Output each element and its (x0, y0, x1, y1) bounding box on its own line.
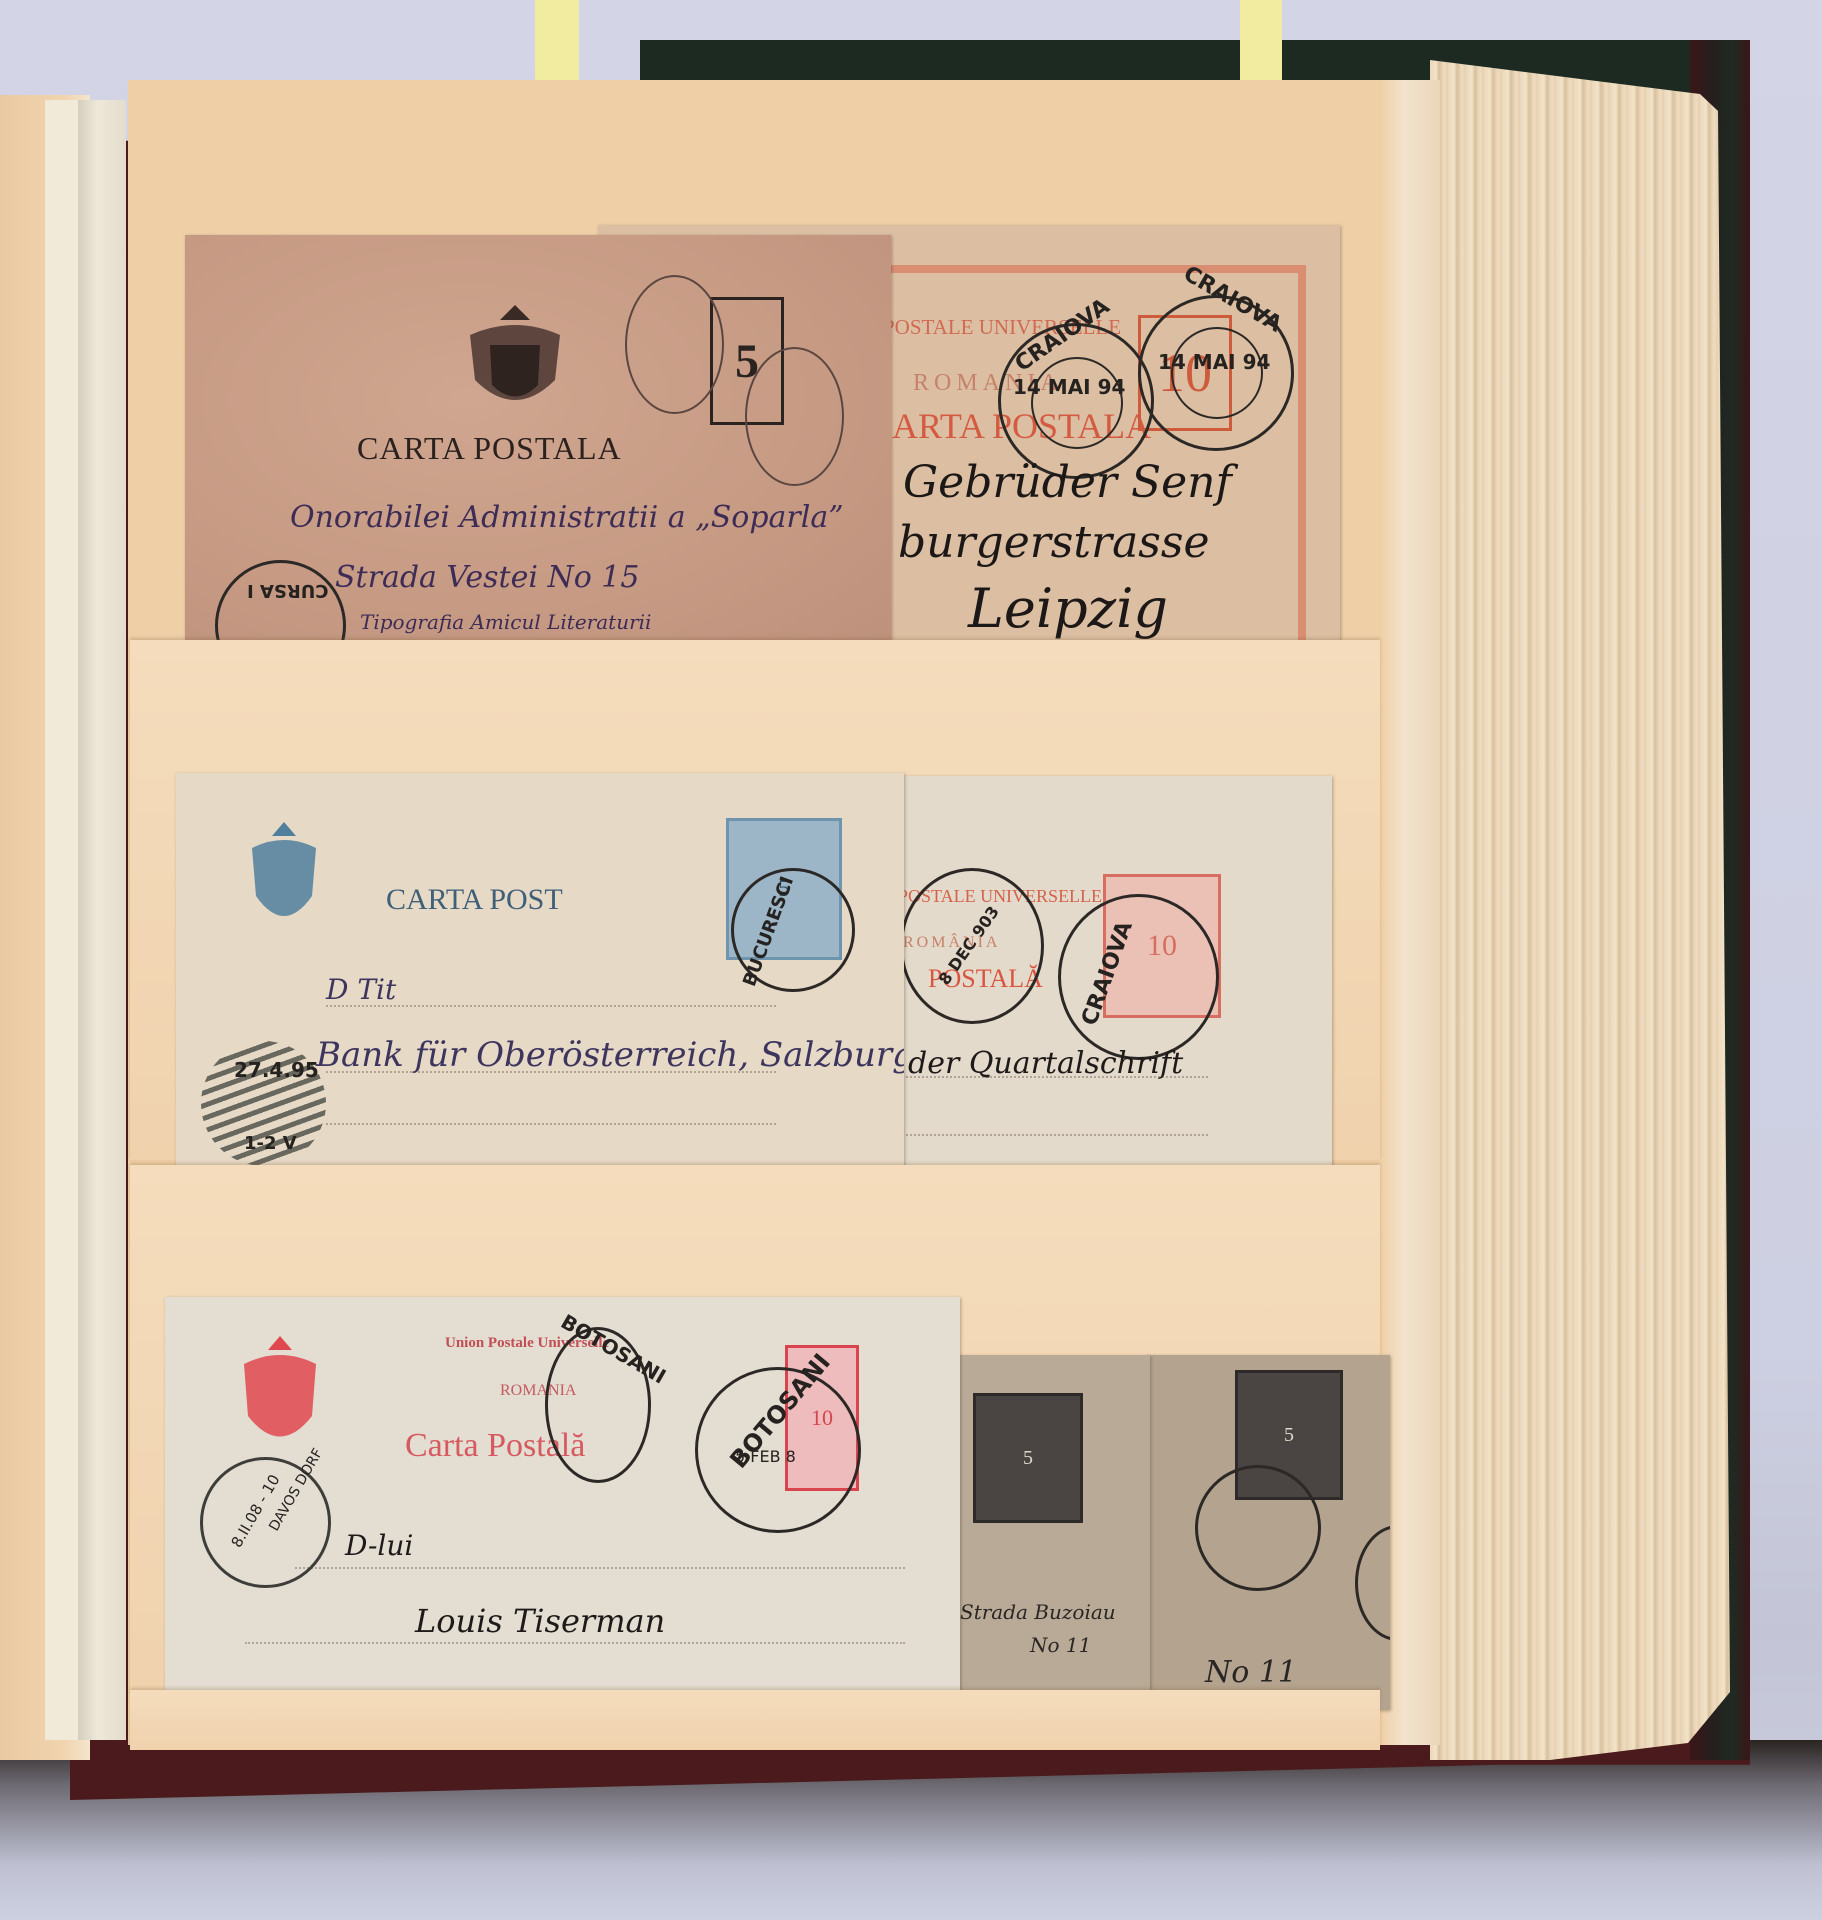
handwritten-address-line: burgerstrasse (898, 517, 1210, 568)
postmark-circle (1195, 1465, 1321, 1591)
address-line (326, 1123, 776, 1125)
postmark-faint (745, 347, 844, 486)
coat-of-arms-icon (248, 818, 320, 936)
postmark-date: 14 MAI 94 (1158, 350, 1270, 374)
postmark-faint (625, 275, 724, 414)
postcard[interactable]: CARTA POSTALA 5 Onorabilei Administratii… (185, 235, 891, 645)
yellow-bookmark-tab[interactable] (1240, 0, 1282, 90)
postmark-circle (1058, 894, 1219, 1060)
postcard[interactable]: POSTALE UNIVERSELLE ROMÂNIA POSTALĂ 10 8… (888, 776, 1332, 1166)
postcard[interactable]: 5 Strada Buzoiau No 11 (955, 1355, 1150, 1710)
address-line (898, 1076, 1208, 1078)
handwritten-address-line: Strada Vestei No 15 (335, 560, 639, 595)
postcard[interactable]: CARTA POST 5 BUCURESCI D Tit Bank für Ob… (176, 773, 904, 1168)
postmark-date: 27.4.95 (234, 1058, 319, 1082)
address-line (326, 1071, 776, 1073)
handwritten-address-line: Bank für Oberösterreich, Salzburg (316, 1035, 904, 1075)
handwritten-address-line: No 11 (1030, 1633, 1091, 1657)
postcard[interactable]: Union Postale Universelle ROMANIA Carta … (165, 1297, 960, 1707)
postcard[interactable]: 5 No 11 (1145, 1355, 1390, 1710)
handwritten-address-line: D Tit (326, 973, 396, 1006)
handwritten-address-line: D-lui (345, 1529, 413, 1562)
postmark-town: CURSA I (247, 580, 329, 601)
handwritten-address-line: Gebrüder Senf (903, 457, 1232, 508)
stamp-cinci-bani: 5 (973, 1393, 1083, 1523)
page-hinge (78, 100, 126, 1740)
address-line (326, 1005, 776, 1007)
postmark-time: 1-2 V (244, 1133, 297, 1154)
address-line (898, 1134, 1208, 1136)
album-pocket-strip (130, 1690, 1380, 1750)
handwritten-address-line: Onorabilei Administratii a „Soparla” (290, 500, 844, 535)
coat-of-arms-icon (240, 1332, 320, 1457)
card-title: CARTA POSTALA (357, 430, 622, 467)
address-line (295, 1567, 905, 1569)
coat-of-arms-icon (460, 300, 570, 425)
postmark-date: 5 FEB 8 (735, 1447, 796, 1466)
handwritten-address-line: Strada Buzoiau (960, 1600, 1116, 1624)
stamp-value: 5 (1023, 1447, 1033, 1470)
postmark-inner-circle (1031, 357, 1123, 449)
page-stack-edges (1430, 60, 1730, 1760)
handwritten-address-line: Leipzig (968, 577, 1168, 640)
handwritten-address-line: Louis Tiserman (415, 1602, 665, 1640)
handwritten-address-line: No 11 (1205, 1655, 1297, 1690)
address-line (245, 1642, 905, 1644)
card-title: CARTA POST (386, 883, 563, 917)
stamp-value: 5 (1284, 1424, 1294, 1447)
handwritten-address-line: Tipografia Amicul Literaturii (360, 610, 651, 634)
postmark-date: 14 MAI 94 (1013, 375, 1125, 399)
